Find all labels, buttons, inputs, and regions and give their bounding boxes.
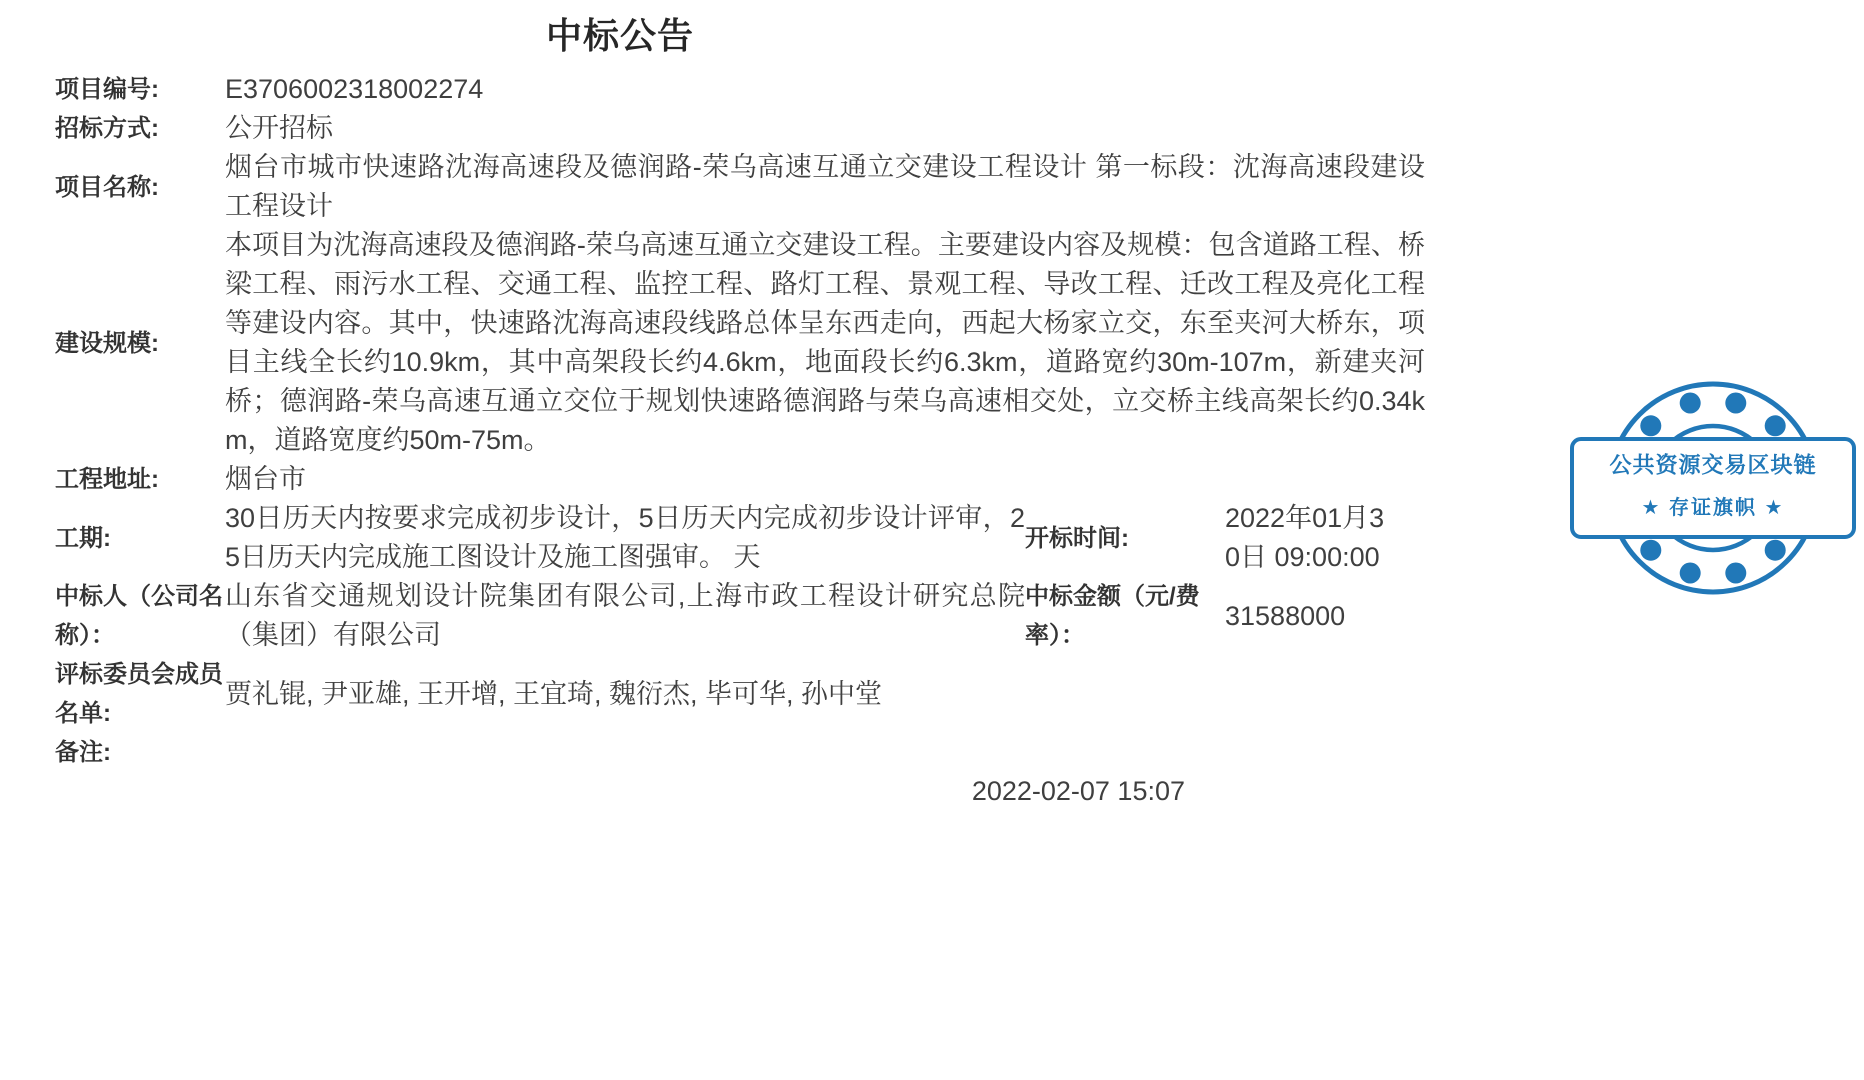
seal-subtitle-text: ★ 存证旗帜 ★ <box>1642 495 1785 519</box>
project-name-value: 烟台市城市快速路沈海高速段及德润路-荣乌高速互通立交建设工程设计 第一标段：沈海… <box>225 148 1425 226</box>
evaluation-committee-value: 贾礼锟, 尹亚雄, 王开增, 王宜琦, 魏衍杰, 毕可华, 孙中堂 <box>225 675 1425 714</box>
row-project-address: 工程地址: 烟台市 <box>55 460 1425 499</box>
announcement-content: 中标公告 项目编号: E3706002318002274 招标方式: 公开招标 … <box>55 12 1425 811</box>
row-project-number: 项目编号: E3706002318002274 <box>55 70 1425 109</box>
project-name-label: 项目名称: <box>55 168 225 207</box>
project-number-label: 项目编号: <box>55 70 225 109</box>
seal-title-text: 公共资源交易区块链 <box>1609 453 1816 478</box>
winner-value: 山东省交通规划设计院集团有限公司,上海市政工程设计研究总院（集团）有限公司 <box>225 577 1025 655</box>
evaluation-committee-label: 评标委员会成员名单: <box>55 655 225 733</box>
construction-scale-value: 本项目为沈海高速段及德润路-荣乌高速互通立交建设工程。主要建设内容及规模：包含道… <box>225 226 1425 460</box>
bid-amount-value: 31588000 <box>1225 597 1425 636</box>
project-address-value: 烟台市 <box>225 460 1425 499</box>
row-evaluation-committee: 评标委员会成员名单: 贾礼锟, 尹亚雄, 王开增, 王宜琦, 魏衍杰, 毕可华,… <box>55 655 1425 733</box>
bid-opening-time-value: 2022年01月30日 09:00:00 <box>1225 499 1385 577</box>
row-duration-and-opening-time: 工期: 30日历天内按要求完成初步设计，5日历天内完成初步设计评审，25日历天内… <box>55 499 1425 577</box>
row-tender-method: 招标方式: 公开招标 <box>55 109 1425 148</box>
row-remarks: 备注: <box>55 733 1425 772</box>
project-address-label: 工程地址: <box>55 460 225 499</box>
bid-announcement-document: 中标公告 项目编号: E3706002318002274 招标方式: 公开招标 … <box>0 0 1864 1080</box>
row-winner-and-amount: 中标人（公司名称）： 山东省交通规划设计院集团有限公司,上海市政工程设计研究总院… <box>55 577 1425 655</box>
bid-amount-label: 中标金额（元/费率）： <box>1025 577 1225 655</box>
remarks-label: 备注: <box>55 733 225 772</box>
publish-timestamp: 2022-02-07 15:07 <box>55 772 1185 811</box>
row-construction-scale: 建设规模: 本项目为沈海高速段及德润路-荣乌高速互通立交建设工程。主要建设内容及… <box>55 226 1425 460</box>
duration-label: 工期: <box>55 519 225 558</box>
tender-method-label: 招标方式: <box>55 109 225 148</box>
bid-opening-time-label: 开标时间: <box>1025 519 1225 558</box>
row-project-name: 项目名称: 烟台市城市快速路沈海高速段及德润路-荣乌高速互通立交建设工程设计 第… <box>55 148 1425 226</box>
tender-method-value: 公开招标 <box>225 109 1425 148</box>
project-number-value: E3706002318002274 <box>225 70 1425 109</box>
page-title: 中标公告 <box>55 12 1185 60</box>
construction-scale-label: 建设规模: <box>55 324 225 363</box>
winner-label: 中标人（公司名称）： <box>55 577 225 655</box>
blockchain-certification-seal: 公共资源交易区块链 ★ 存证旗帜 ★ <box>1563 358 1863 618</box>
duration-value: 30日历天内按要求完成初步设计，5日历天内完成初步设计评审，25日历天内完成施工… <box>225 499 1025 577</box>
